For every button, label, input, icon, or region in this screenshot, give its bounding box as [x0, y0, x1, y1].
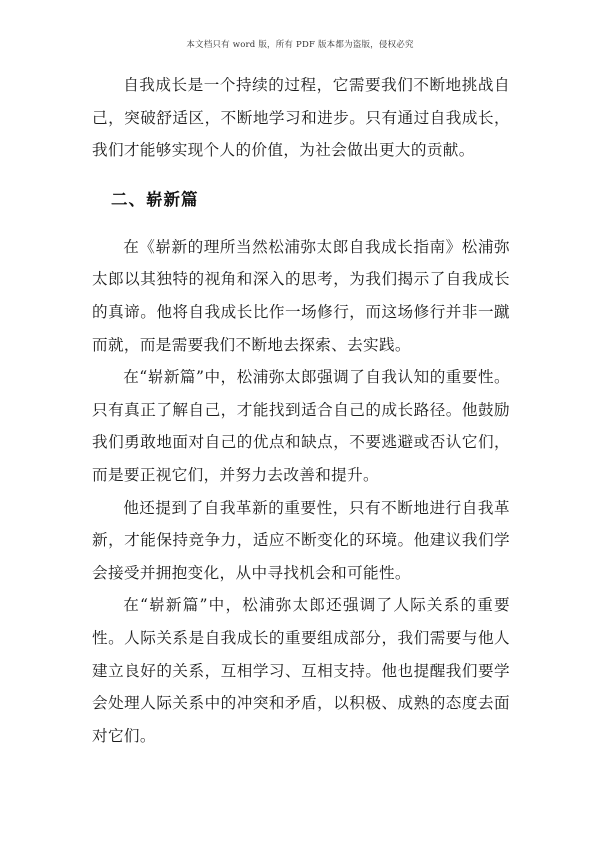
section-heading: 二、崭新篇: [92, 184, 510, 216]
intro-paragraph: 自我成长是一个持续的过程，它需要我们不断地挑战自己，突破舒适区，不断地学习和进步…: [92, 69, 510, 167]
document-body: 自我成长是一个持续的过程，它需要我们不断地挑战自己，突破舒适区，不断地学习和进步…: [92, 69, 510, 752]
page-header-watermark: 本文档只有 word 版，所有 PDF 版本都为盗版，侵权必究: [0, 39, 600, 51]
section-paragraph-1: 在《崭新的理所当然松浦弥太郎自我成长指南》松浦弥太郎以其独特的视角和深入的思考，…: [92, 231, 510, 361]
section-paragraph-3: 他还提到了自我革新的重要性，只有不断地进行自我革新，才能保持竞争力，适应不断变化…: [92, 492, 510, 590]
section-paragraph-4: 在“崭新篇”中，松浦弥太郎还强调了人际关系的重要性。人际关系是自我成长的重要组成…: [92, 589, 510, 752]
section-paragraph-2: 在“崭新篇”中，松浦弥太郎强调了自我认知的重要性。只有真正了解自己，才能找到适合…: [92, 361, 510, 491]
